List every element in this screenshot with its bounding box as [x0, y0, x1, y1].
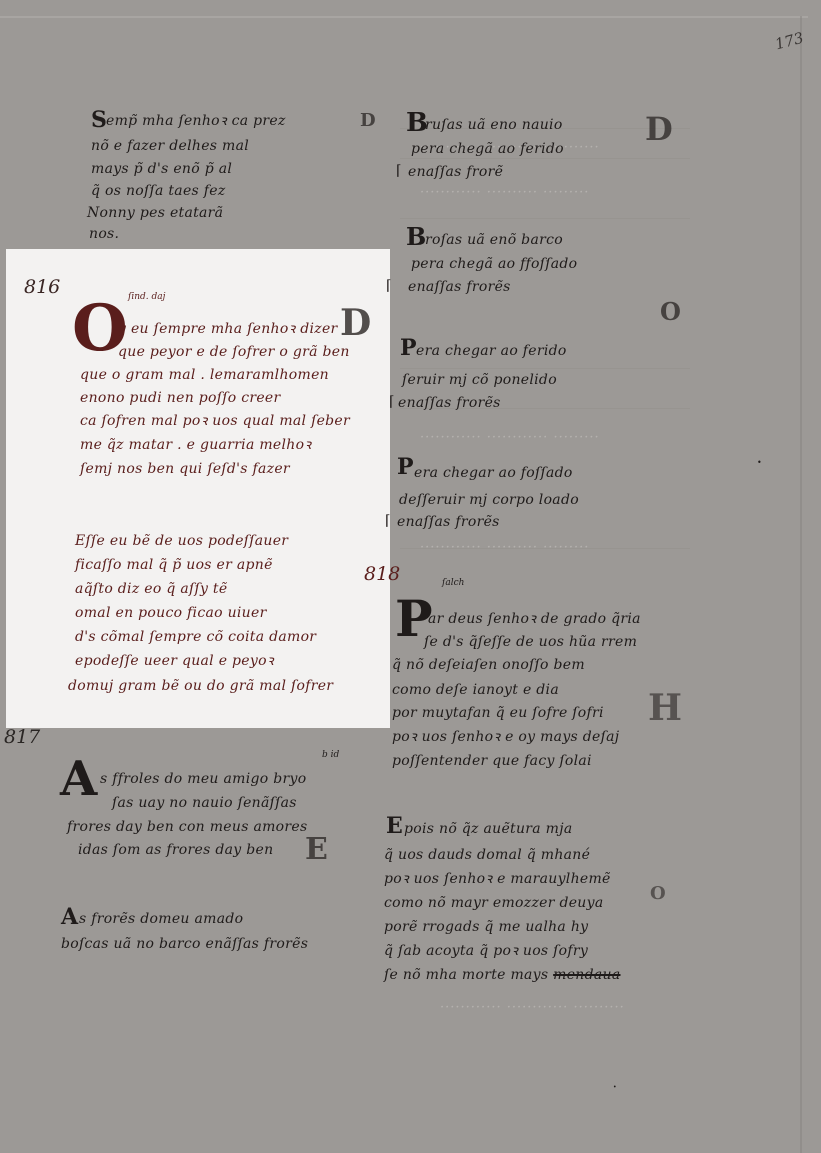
- ink-speck: •: [757, 458, 762, 467]
- verse-line: ruſas uã eno nauio: [425, 118, 563, 132]
- verse-line: s frorẽs domeu amado: [79, 912, 243, 926]
- verse-line: me q̃z matar . e guarria melhoꝛ: [80, 438, 311, 452]
- verse-line: ſas uay no nauio ſenãſſas: [112, 796, 297, 810]
- verse-line: epodeſſe ueer qual e peyoꝛ: [75, 654, 274, 668]
- verse-line: d's cõmal ſempre cõ coita damor: [75, 630, 316, 644]
- verse-line: domuj gram bẽ ou do grã mal ſofrer: [68, 679, 333, 693]
- verse-line: Nonny pes etatarã: [87, 206, 223, 220]
- verse-line: enono pudi nen poſſo creer: [80, 391, 281, 405]
- rubric-note: ſalch: [442, 578, 464, 588]
- verse-line: q̃ os noſſa taes fez: [91, 184, 226, 198]
- decorated-initial-B: B: [406, 225, 426, 249]
- poem-number: 818: [364, 563, 400, 585]
- verse-line: deſſeruir mj corpo loado: [399, 493, 579, 507]
- bleed-through-text: ············ ············ ··········: [440, 1000, 625, 1015]
- verse-line: Eſſe eu bẽ de uos podeſſauer: [75, 534, 288, 548]
- paragraph-mark: ⌈: [385, 513, 390, 529]
- margin-initial: E: [305, 835, 328, 865]
- decorated-initial: S: [91, 109, 107, 131]
- ruling-line: [400, 218, 690, 219]
- ruling-line: [400, 368, 690, 369]
- verse-line: como deſe ianoyt e dia: [392, 683, 559, 697]
- verse-line: emp̃ mha ſenhoꝛ ca prez: [106, 114, 286, 128]
- verse-line: ſe d's q̃ſeſſe de uos hũa rrem: [424, 635, 637, 649]
- poem-number: 816: [24, 276, 60, 298]
- bleed-through-text: ············ ·········· ·········: [420, 540, 589, 555]
- paragraph-mark: ⌈: [396, 163, 401, 179]
- verse-text: ſe nõ mha morte mays: [384, 967, 548, 983]
- verse-line: s ffroles do meu amigo bryo: [100, 772, 306, 786]
- verse-line: enaſſas frorẽs: [398, 396, 501, 410]
- paragraph-mark: ⌈: [389, 394, 394, 410]
- decorated-initial-E: E: [386, 815, 403, 837]
- verse-line: pera chegã ao ferido: [411, 142, 564, 156]
- verse-line: como nõ mayr emozzer deuya: [384, 896, 603, 910]
- manuscript-page: ············ ············ ········· ····…: [0, 0, 821, 1153]
- verse-line: por muytafan q̃ eu ſofre ſofri: [392, 706, 604, 720]
- verse-line: enaſſas frorẽs: [397, 515, 500, 529]
- verse-line: era chegar ao foſſado: [414, 466, 573, 480]
- verse-line: ſe nõ mha morte mays mendaua: [384, 968, 621, 982]
- margin-initial: H: [648, 690, 682, 726]
- verse-line: enaſſas frorẽs: [408, 280, 511, 294]
- ruling-line: [400, 158, 690, 159]
- verse-line: ſeruir mj cõ ponelido: [402, 373, 557, 387]
- verse-line: poſſentender que facy ſolai: [392, 754, 592, 768]
- struck-word: mendaua: [553, 967, 620, 983]
- verse-line: nos.: [89, 227, 119, 241]
- verse-line: ficaſſo mal q̃ p̃ uos er apnẽ: [75, 558, 273, 572]
- verse-line: ca ſofren mal poꝛ uos qual mal ſeber: [80, 414, 350, 428]
- verse-line: que peyor e de ſofrer o grã ben: [118, 345, 350, 359]
- decorated-initial-P: P: [400, 337, 417, 359]
- margin-initial: D: [340, 305, 371, 341]
- margin-initial: D: [360, 112, 376, 130]
- verse-line: era chegar ao ferido: [416, 344, 567, 358]
- page-edge-right: [800, 16, 802, 1153]
- bleed-through-text: ············ ············ ·········: [420, 430, 600, 445]
- bleed-through-text: ············ ·········· ·········: [420, 185, 589, 200]
- rubric-note: b id: [322, 750, 339, 760]
- verse-line: mays p̃ d's enõ p̃ al: [91, 162, 232, 176]
- verse-line: aq̃ſto diz eo q̃ aſſy tẽ: [75, 582, 227, 596]
- ink-speck: •: [613, 1084, 617, 1091]
- verse-line: q̃ ſab acoyta q̃ poꝛ uos ſofry: [384, 944, 588, 958]
- margin-initial: D: [645, 113, 673, 145]
- verse-line: que o gram mal . lemaramlhomen: [80, 368, 329, 382]
- verse-line: porẽ rrogads q̃ me ualha hy: [384, 920, 588, 934]
- decorated-initial-A: A: [60, 755, 97, 803]
- verse-line: roſas uã enõ barco: [425, 233, 563, 247]
- decorated-initial-P: P: [397, 456, 414, 478]
- verse-line: pois nõ q̃z auẽtura mja: [404, 822, 573, 836]
- verse-line: enaſſas frorẽ: [408, 165, 503, 179]
- page-edge-top: [0, 16, 808, 18]
- verse-line: idas ſom as frores day ben: [78, 843, 273, 857]
- verse-line: poꝛ uos ſenhoꝛ e marauylhemẽ: [384, 872, 611, 886]
- verse-line: frores day ben con meus amores: [67, 820, 307, 834]
- verse-line: ſemj nos ben qui ſeſd's fazer: [80, 462, 290, 476]
- decorated-initial-A: A: [61, 906, 78, 928]
- paragraph-mark: ⌈: [386, 278, 391, 294]
- margin-initial: O: [650, 885, 666, 903]
- rubric-note: ſind. daj: [128, 292, 165, 302]
- verse-line: omal en pouco ficao uiuer: [75, 606, 267, 620]
- verse-line: boſcas uã no barco enãſſas frorẽs: [61, 937, 308, 951]
- verse-line: q̃ uos dauds domal q̃ mhané: [384, 848, 590, 862]
- verse-line: ar deus ſenhoꝛ de grado q̃ria: [428, 612, 641, 626]
- poem-number: 817: [4, 726, 40, 748]
- verse-line: y eu ſempre mha ſenhoꝛ dizer: [118, 322, 338, 336]
- verse-line: pera chegã ao ffoſſado: [411, 257, 577, 271]
- margin-initial: O: [660, 300, 681, 324]
- verse-line: nõ e fazer delhes mal: [91, 139, 249, 153]
- verse-line: q̃ nõ deſeiaſen onoſſo bem: [392, 658, 585, 672]
- verse-line: poꝛ uos ſenhoꝛ e oy mays deſaj: [392, 730, 619, 744]
